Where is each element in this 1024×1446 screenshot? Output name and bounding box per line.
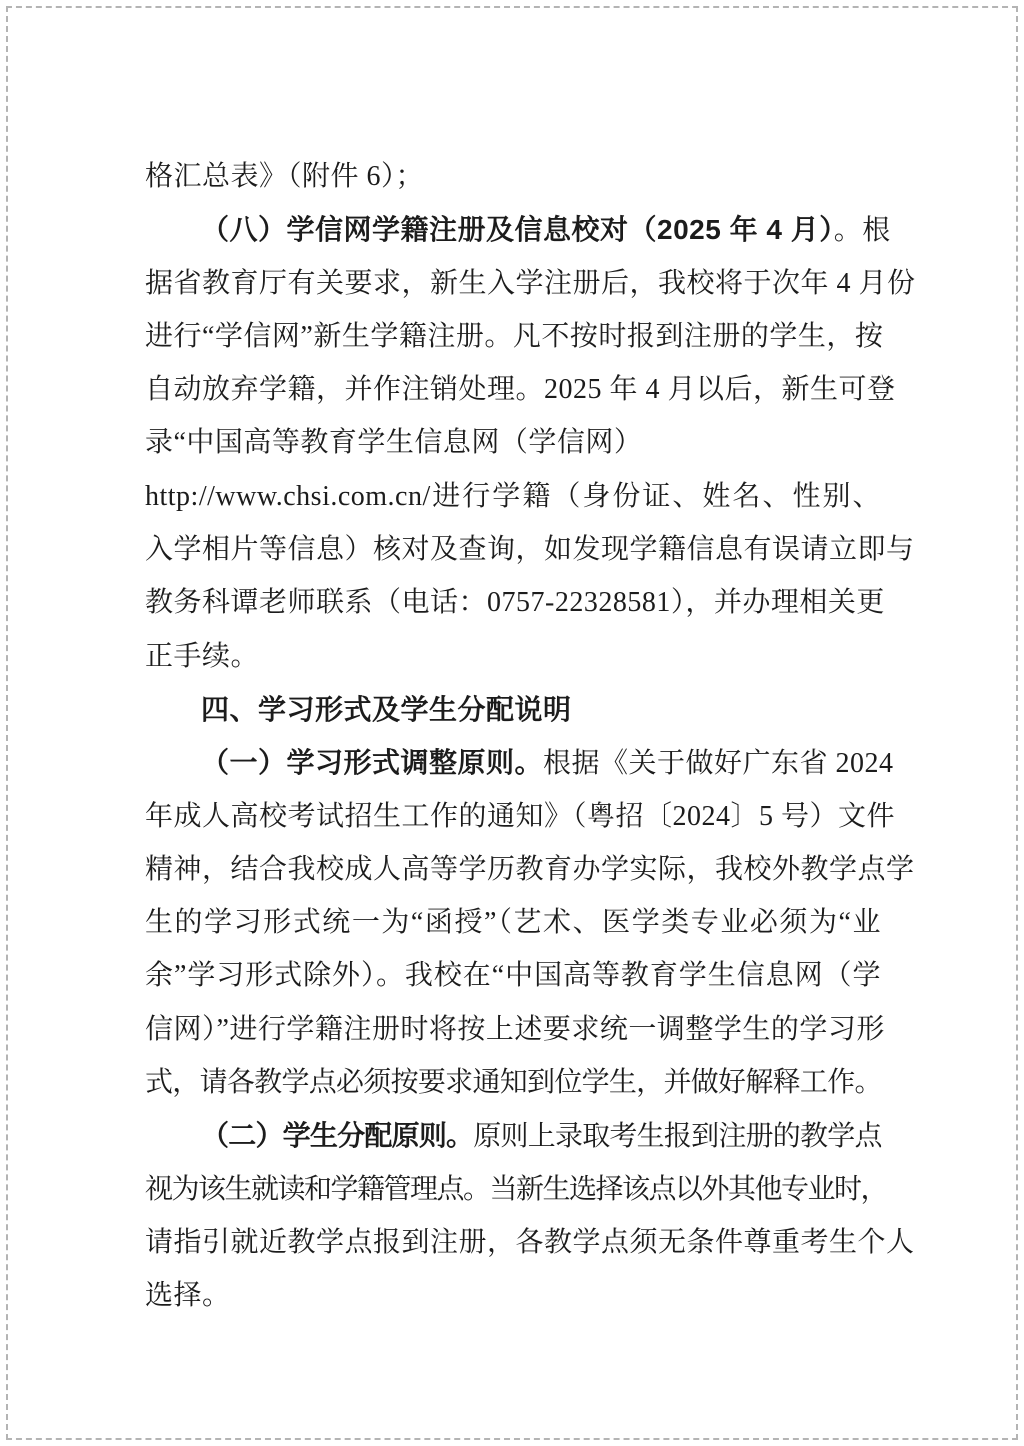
text-run: 选择。 — [145, 1280, 231, 1311]
text-run: 据省教育厅有关要求，新生入学注册后，我校将于次年 4 月份 — [145, 268, 916, 299]
text-line: 信网）”进行学籍注册时将按上述要求统一调整学生的学习形 — [145, 1003, 881, 1056]
text-run: 。根 — [834, 215, 891, 246]
text-run: http://www.chsi.com.cn/进行学籍（身份证、姓名、性别、 — [145, 481, 881, 512]
text-line: 教务科谭老师联系（电话：0757-22328581），并办理相关更 — [145, 576, 881, 629]
text-run: 根据《关于做好广东省 2024 — [543, 748, 894, 779]
text-line: （八）学信网学籍注册及信息校对（2025 年 4 月）。根 — [145, 203, 881, 256]
text-run: 格汇总表》（附件 6）； — [145, 161, 424, 192]
text-run: 精神，结合我校成人高等学历教育办学实际，我校外教学点学 — [145, 854, 915, 885]
text-line: 余”学习形式除外）。我校在“中国高等教育学生信息网（学 — [145, 949, 881, 1002]
text-run: 原则上录取考生报到注册的教学点 — [473, 1121, 881, 1152]
bold-text-run: 四、学习形式及学生分配说明 — [201, 694, 572, 725]
text-run: 信网）”进行学籍注册时将按上述要求统一调整学生的学习形 — [145, 1014, 885, 1045]
text-run: 生的学习形式统一为“函授”（艺术、医学类专业必须为“业 — [145, 907, 881, 938]
text-run: 正手续。 — [145, 641, 259, 672]
text-run: 自动放弃学籍，并作注销处理。2025 年 4 月以后，新生可登 — [145, 374, 896, 405]
text-line: 选择。 — [145, 1269, 881, 1322]
text-line: 格汇总表》（附件 6）； — [145, 150, 881, 203]
text-run: 入学相片等信息）核对及查询，如发现学籍信息有误请立即与 — [145, 534, 915, 565]
text-line: 式，请各教学点必须按要求通知到位学生，并做好解释工作。 — [145, 1056, 881, 1109]
bold-text-run: （八）学信网学籍注册及信息校对（2025 年 4 月） — [201, 214, 834, 245]
text-run: 余”学习形式除外）。我校在“中国高等教育学生信息网（学 — [145, 960, 881, 991]
text-line: 据省教育厅有关要求，新生入学注册后，我校将于次年 4 月份 — [145, 257, 881, 310]
text-line: 视为该生就读和学籍管理点。当新生选择该点以外其他专业时， — [145, 1163, 881, 1216]
text-line: 请指引就近教学点报到注册，各教学点须无条件尊重考生个人 — [145, 1216, 881, 1269]
text-line: 入学相片等信息）核对及查询，如发现学籍信息有误请立即与 — [145, 523, 881, 576]
text-line: 录“中国高等教育学生信息网（学信网） — [145, 416, 881, 469]
text-line: （一）学习形式调整原则。根据《关于做好广东省 2024 — [145, 736, 881, 789]
text-line: 生的学习形式统一为“函授”（艺术、医学类专业必须为“业 — [145, 896, 881, 949]
bold-text-run: （二）学生分配原则。 — [201, 1120, 473, 1151]
text-run: 进行“学信网”新生学籍注册。凡不按时报到注册的学生，按 — [145, 321, 883, 352]
text-line: 自动放弃学籍，并作注销处理。2025 年 4 月以后，新生可登 — [145, 363, 881, 416]
text-run: 视为该生就读和学籍管理点。当新生选择该点以外其他专业时， — [145, 1174, 887, 1205]
text-run: 录“中国高等教育学生信息网（学信网） — [145, 427, 642, 458]
text-line: 正手续。 — [145, 630, 881, 683]
text-run: 式，请各教学点必须按要求通知到位学生，并做好解释工作。 — [145, 1067, 881, 1098]
text-line: 四、学习形式及学生分配说明 — [145, 683, 881, 736]
text-line: http://www.chsi.com.cn/进行学籍（身份证、姓名、性别、 — [145, 470, 881, 523]
text-line: 精神，结合我校成人高等学历教育办学实际，我校外教学点学 — [145, 843, 881, 896]
text-run: 请指引就近教学点报到注册，各教学点须无条件尊重考生个人 — [145, 1227, 915, 1258]
text-line: （二）学生分配原则。原则上录取考生报到注册的教学点 — [145, 1109, 881, 1162]
bold-text-run: （一）学习形式调整原则。 — [201, 747, 543, 778]
text-run: 年成人高校考试招生工作的通知》（粤招〔2024〕5 号）文件 — [145, 801, 895, 832]
document-page: 格汇总表》（附件 6）；（八）学信网学籍注册及信息校对（2025 年 4 月）。… — [0, 0, 1024, 1446]
text-line: 进行“学信网”新生学籍注册。凡不按时报到注册的学生，按 — [145, 310, 881, 363]
text-line: 年成人高校考试招生工作的通知》（粤招〔2024〕5 号）文件 — [145, 790, 881, 843]
document-body: 格汇总表》（附件 6）；（八）学信网学籍注册及信息校对（2025 年 4 月）。… — [145, 150, 881, 1323]
text-run: 教务科谭老师联系（电话：0757-22328581），并办理相关更 — [145, 587, 885, 618]
